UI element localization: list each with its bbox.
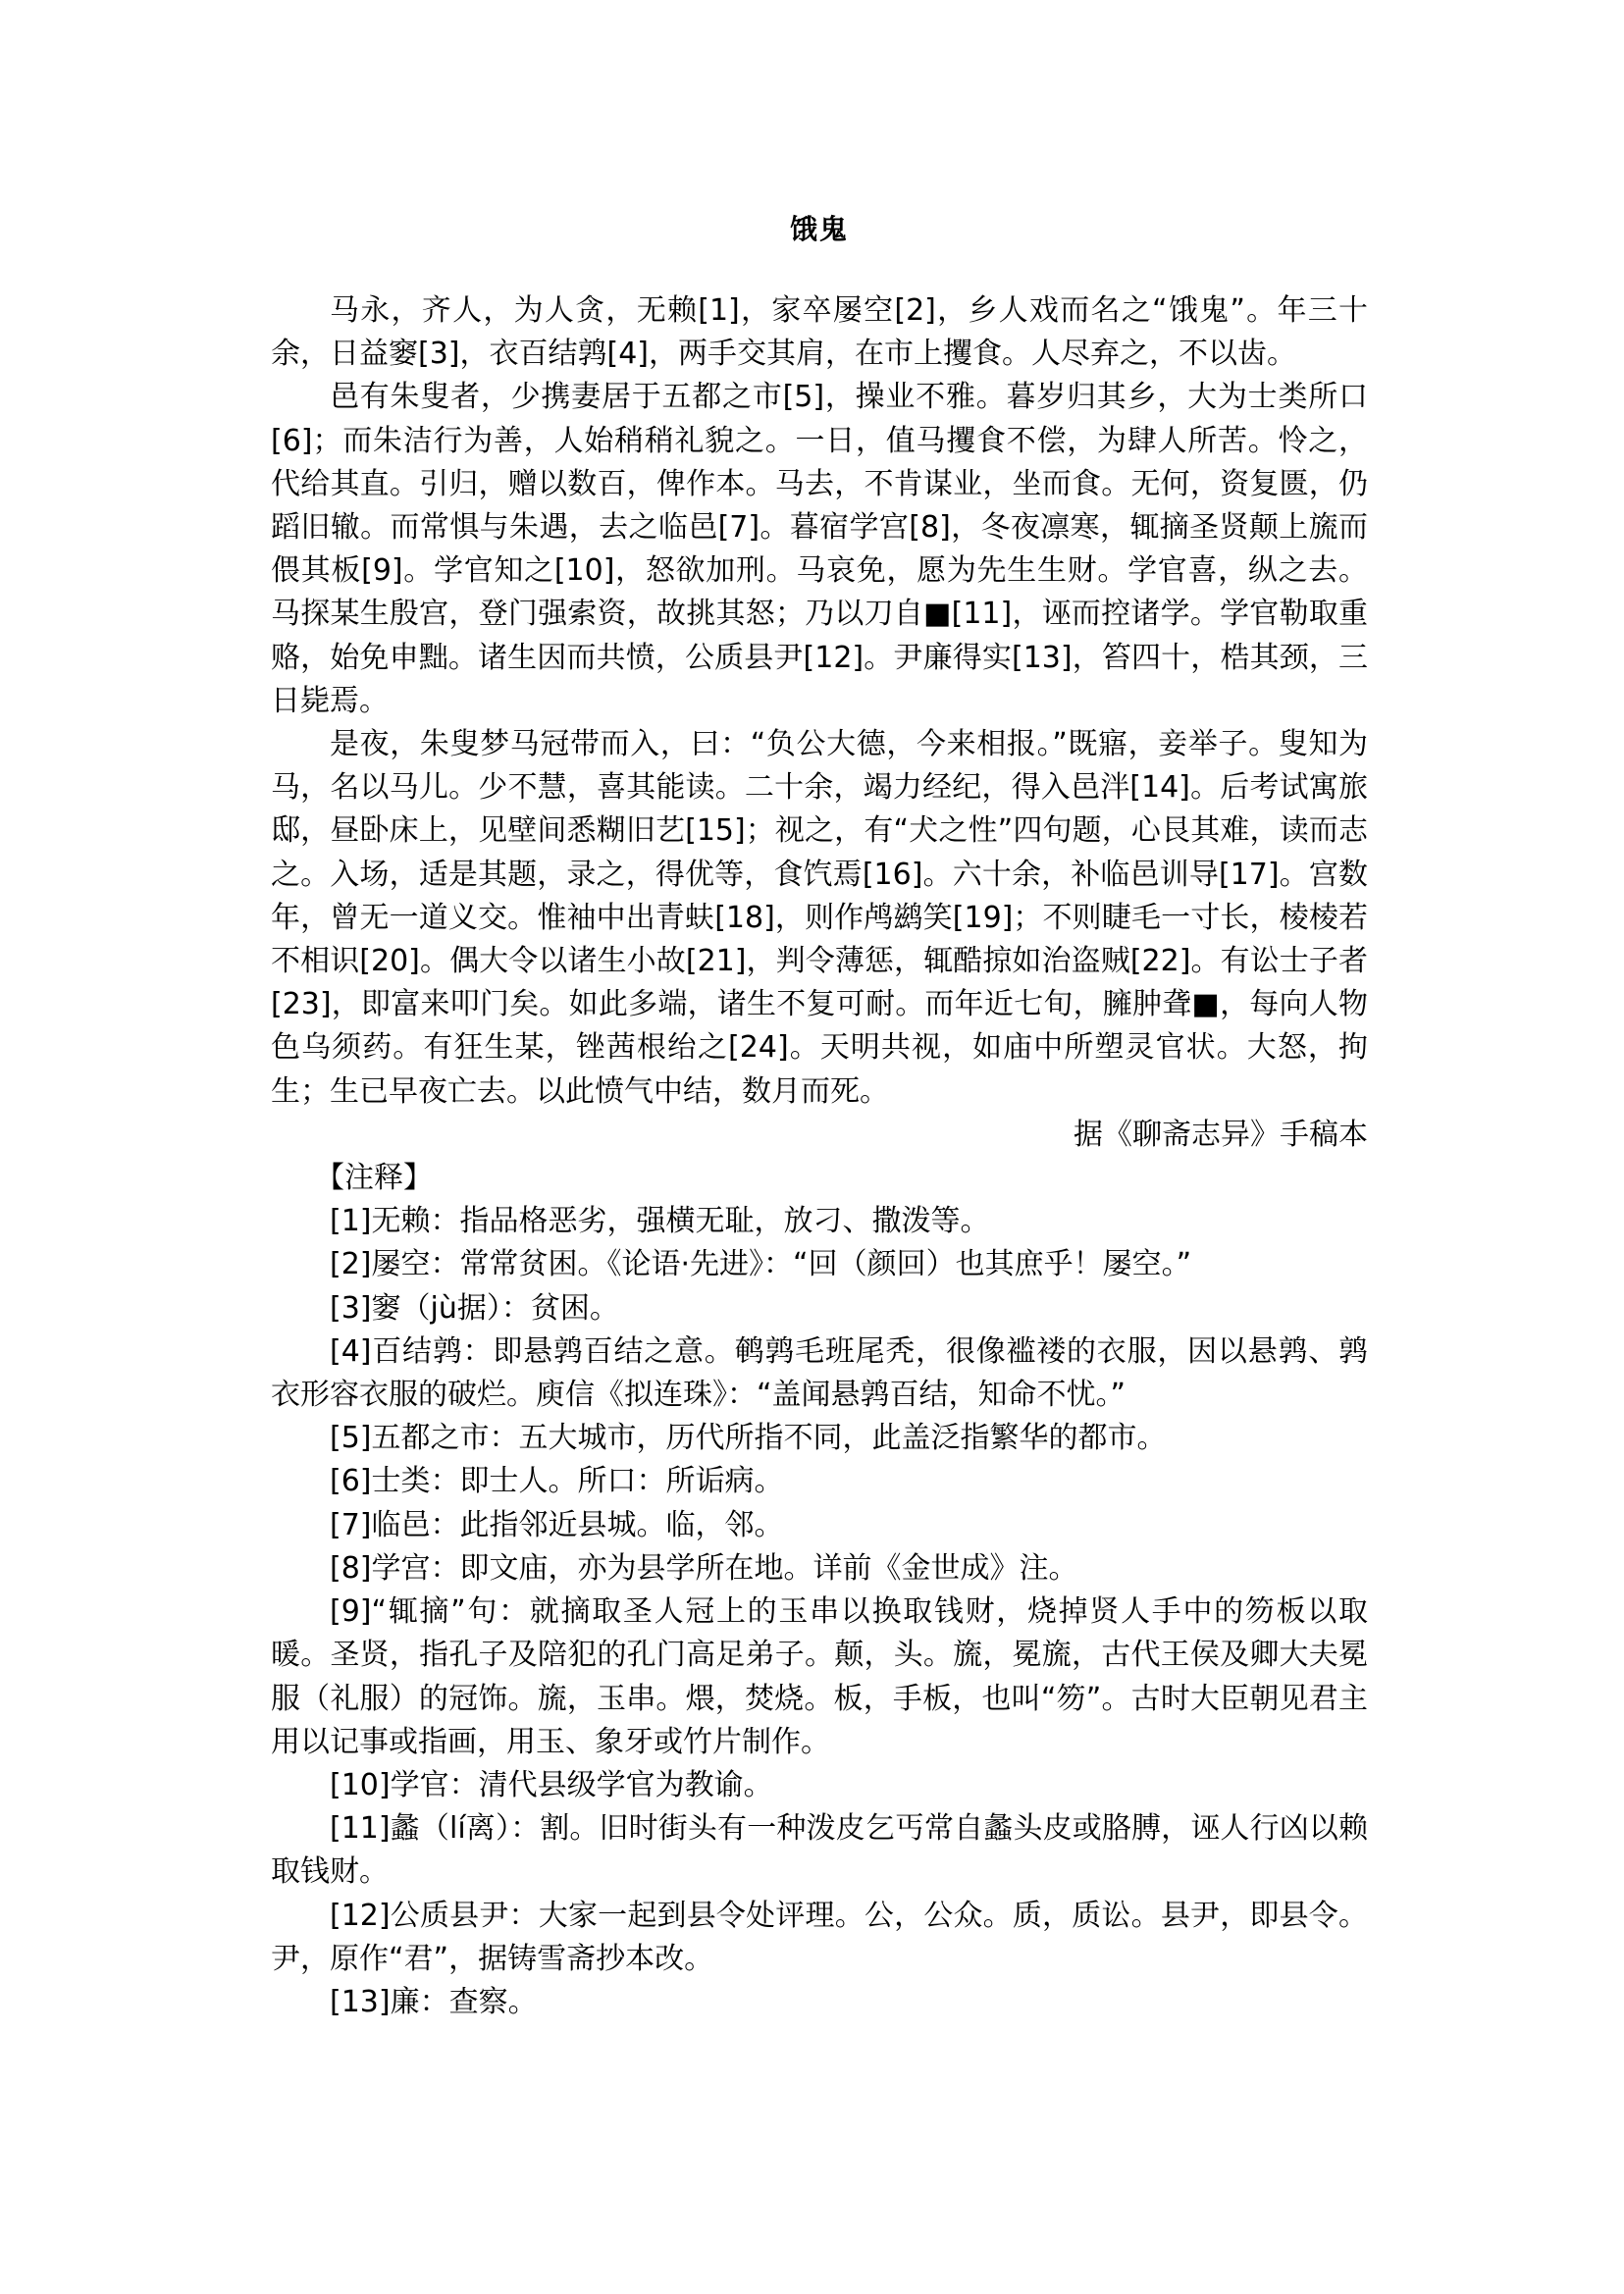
note-item: [10]学官：清代县级学官为教谕。 <box>271 1764 1368 1807</box>
paragraph-3: 是夜，朱叟梦马冠带而入，曰：“负公大德，今来相报。”既寤，妾举子。叟知为马，名以… <box>271 723 1368 1114</box>
note-item: [9]“辄摘”句：就摘取圣人冠上的玉串以换取钱财，烧掉贤人手中的笏板以取暖。圣贤… <box>271 1590 1368 1764</box>
document-body: 马永，齐人，为人贪，无赖[1]，家卒屡空[2]，乡人戏而名之“饿鬼”。年三十余，… <box>271 289 1368 2024</box>
note-item: [12]公质县尹：大家一起到县令处评理。公，公众。质，质讼。县尹，即县令。尹，原… <box>271 1895 1368 1981</box>
notes-heading: 【注释】 <box>271 1157 1368 1200</box>
note-item: [3]窭（jù据）：贫困。 <box>271 1287 1368 1330</box>
source-attribution: 据《聊斋志异》手稿本 <box>271 1114 1368 1157</box>
note-item: [4]百结鹑：即悬鹑百结之意。鹌鹑毛班尾秃，很像褴褛的衣服，因以悬鹑、鹑衣形容衣… <box>271 1330 1368 1417</box>
note-item: [6]士类：即士人。所口：所诟病。 <box>271 1460 1368 1503</box>
note-item: [1]无赖：指品格恶劣，强横无耻，放刁、撒泼等。 <box>271 1200 1368 1243</box>
note-item: [13]廉：查察。 <box>271 1981 1368 2024</box>
note-item: [11]蠡（lí离）：割。旧时街头有一种泼皮乞丐常自蠡头皮或胳膊，诬人行凶以赖取… <box>271 1807 1368 1894</box>
page-title: 饿鬼 <box>271 208 1368 247</box>
note-item: [2]屡空：常常贫困。《论语·先进》：“回（颜回）也其庶乎！屡空。” <box>271 1243 1368 1286</box>
note-item: [7]临邑：此指邻近县城。临，邻。 <box>271 1504 1368 1547</box>
paragraph-1: 马永，齐人，为人贪，无赖[1]，家卒屡空[2]，乡人戏而名之“饿鬼”。年三十余，… <box>271 289 1368 376</box>
note-item: [8]学宫：即文庙，亦为县学所在地。详前《金世成》注。 <box>271 1547 1368 1590</box>
note-item: [5]五都之市：五大城市，历代所指不同，此盖泛指繁华的都市。 <box>271 1417 1368 1460</box>
paragraph-2: 邑有朱叟者，少携妻居于五都之市[5]，操业不雅。暮岁归其乡，大为士类所口[6]；… <box>271 376 1368 723</box>
